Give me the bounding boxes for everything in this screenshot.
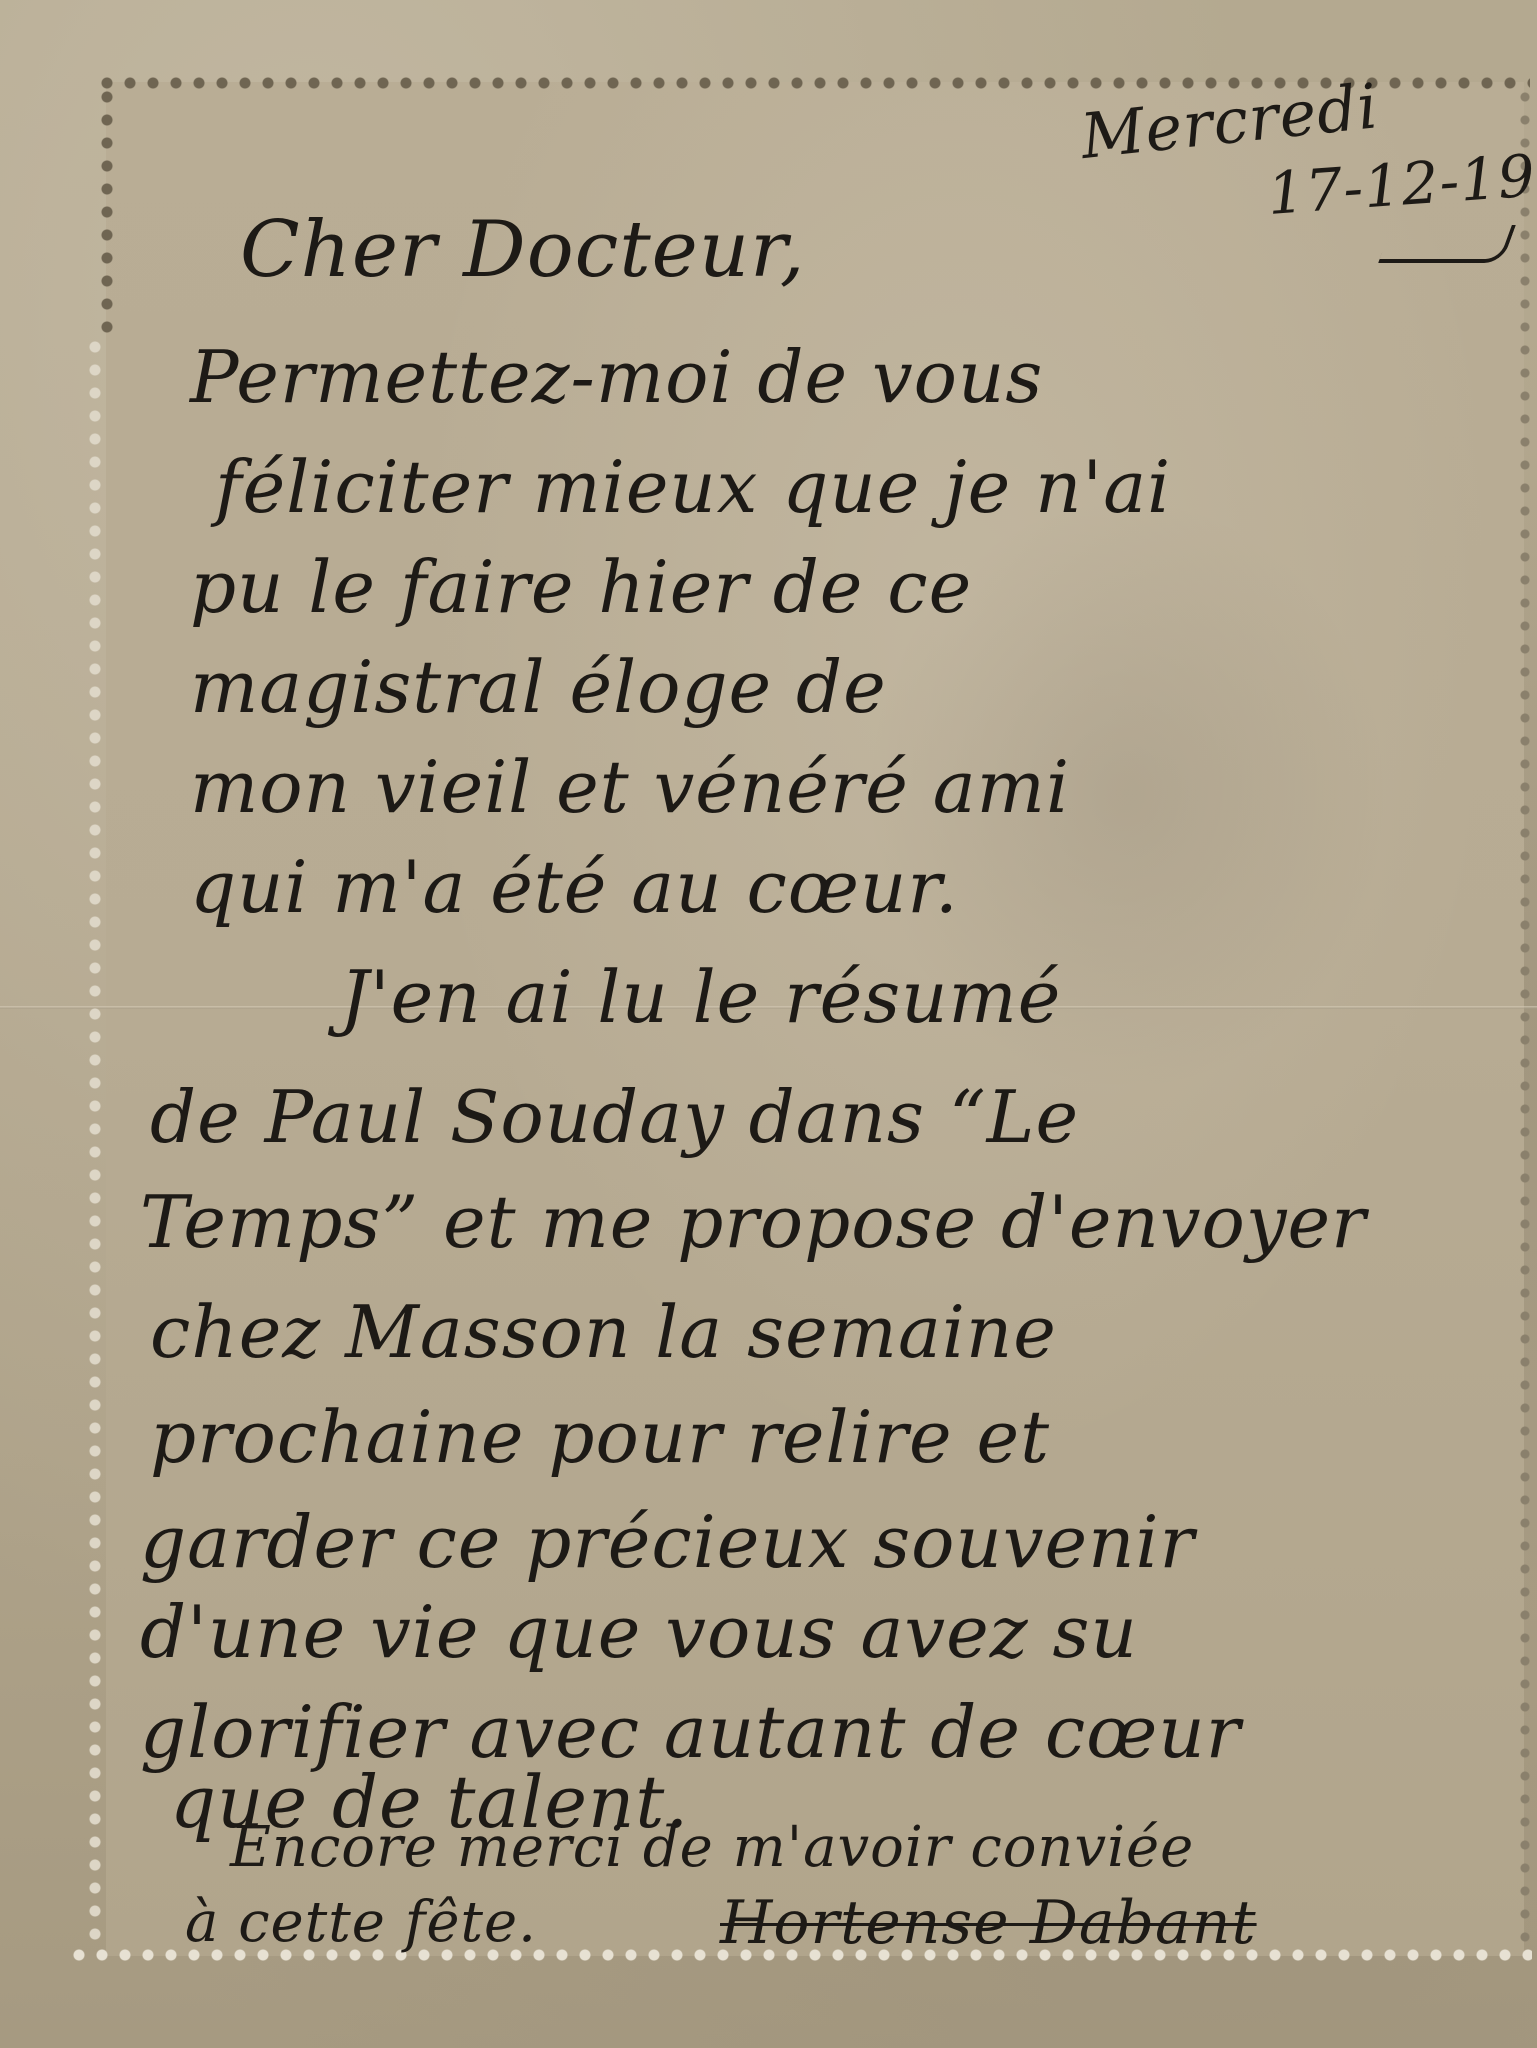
letter-line: Encore merci de m'avoir conviée bbox=[230, 1815, 1194, 1880]
letter-line: magistral éloge de bbox=[190, 645, 887, 729]
signature: Hortense Dabant bbox=[720, 1888, 1257, 1958]
perforation-right bbox=[1518, 90, 1532, 1950]
perforation-left-lower bbox=[88, 340, 102, 1950]
salutation: Cher Docteur, bbox=[240, 205, 806, 295]
letter-line: féliciter mieux que je n'ai bbox=[215, 445, 1171, 529]
date-flourish bbox=[1378, 225, 1516, 263]
letter-line: mon vieil et vénéré ami bbox=[190, 745, 1070, 829]
letter-line: qui m'a été au cœur. bbox=[190, 845, 959, 929]
letter-line: chez Masson la semaine bbox=[150, 1290, 1057, 1374]
letter-line: à cette fête. bbox=[185, 1890, 537, 1955]
letter-line: prochaine pour relire et bbox=[150, 1395, 1050, 1479]
letter-line: pu le faire hier de ce bbox=[190, 545, 972, 629]
letter-card-background: Mercredi 17-12-19 Cher Docteur, Permette… bbox=[0, 0, 1537, 2048]
letter-line: de Paul Souday dans “Le bbox=[150, 1075, 1079, 1159]
letter-line: d'une vie que vous avez su bbox=[140, 1590, 1138, 1674]
letter-line: J'en ai lu le résumé bbox=[340, 955, 1061, 1039]
letter-line: Temps” et me propose d'envoyer bbox=[140, 1180, 1367, 1264]
perforation-left-upper bbox=[100, 90, 114, 340]
letter-line: Permettez-moi de vous bbox=[190, 335, 1043, 419]
letter-line: garder ce précieux souvenir bbox=[140, 1500, 1195, 1584]
signature-text: Hortense Dabant bbox=[720, 1888, 1257, 1958]
